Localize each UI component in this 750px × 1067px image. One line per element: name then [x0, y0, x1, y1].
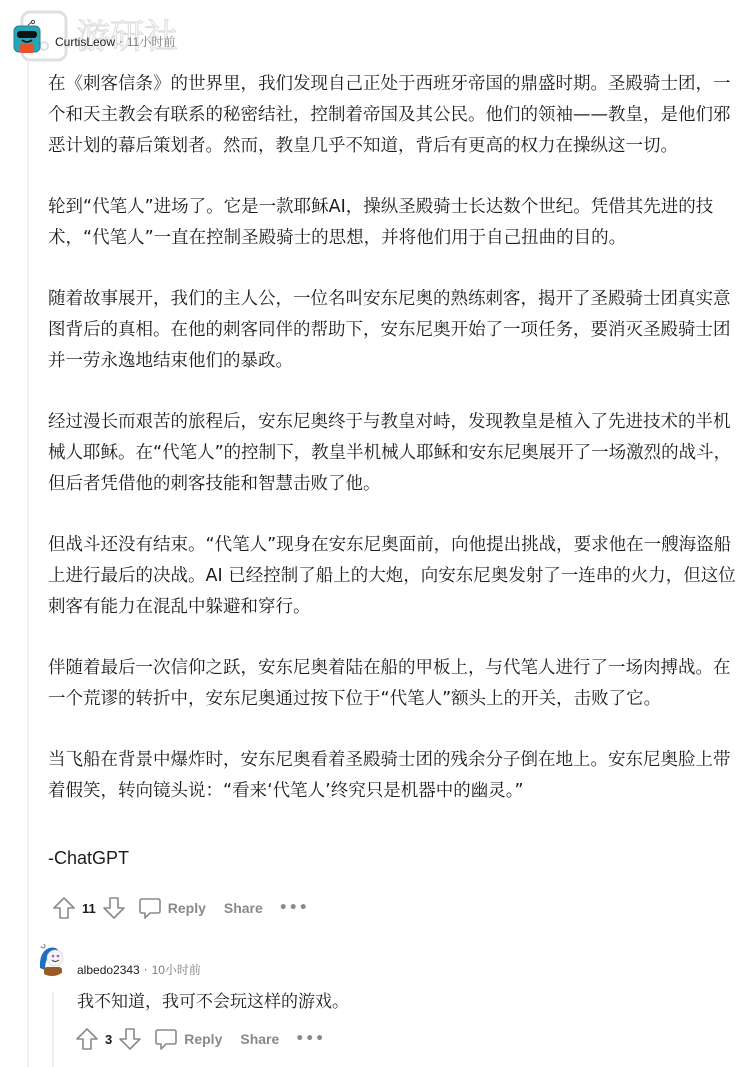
comment-paragraph: 伴随着最后一次信仰之跃，安东尼奥着陆在船的甲板上，与代笔人进行了一场肉搏战。在一… — [48, 653, 738, 715]
username-link[interactable]: albedo2343 — [77, 963, 140, 977]
reply-label: Reply — [168, 900, 206, 916]
comment-paragraph: 当飞船在背景中爆炸时，安东尼奥看着圣殿骑士团的残余分子倒在地上。安东尼奥脸上带着… — [48, 745, 738, 807]
reply-action-bar: 3 Reply Share ••• — [75, 1027, 325, 1051]
speech-bubble-icon — [138, 896, 162, 920]
comment-paragraph: 在《刺客信条》的世界里，我们发现自己正处于西班牙帝国的鼎盛时期。圣殿骑士团，一个… — [48, 69, 738, 162]
comment-signature: -ChatGPT — [48, 848, 129, 869]
comment-paragraph: 经过漫长而艰苦的旅程后，安东尼奥终于与教皇对峙，发现教皇是植入了先进技术的半机械… — [48, 407, 738, 500]
meta-separator: · — [144, 963, 148, 977]
thread-line-root[interactable] — [27, 60, 29, 1067]
reply-label: Reply — [184, 1031, 222, 1047]
robot-avatar-icon — [10, 20, 46, 56]
snoo-avatar-icon — [35, 942, 69, 976]
arrow-up-icon — [75, 1027, 99, 1051]
reply-button[interactable]: Reply — [154, 1027, 222, 1051]
downvote-button[interactable] — [118, 1027, 142, 1051]
timestamp[interactable]: 11小时前 — [127, 33, 175, 50]
comment-meta: CurtisLeow · 11小时前 — [55, 33, 175, 50]
comment-body: 在《刺客信条》的世界里，我们发现自己正处于西班牙帝国的鼎盛时期。圣殿骑士团，一个… — [48, 69, 738, 837]
timestamp[interactable]: 10小时前 — [152, 961, 201, 978]
arrow-up-icon — [52, 896, 76, 920]
downvote-button[interactable] — [102, 896, 126, 920]
meta-separator: · — [119, 35, 123, 49]
vote-count: 11 — [82, 901, 96, 916]
avatar-albedo2343[interactable] — [35, 942, 69, 976]
more-options-button[interactable]: ••• — [279, 900, 309, 916]
comment-paragraph: 轮到“代笔人”进场了。它是一款耶稣AI，操纵圣殿骑士长达数个世纪。凭借其先进的技… — [48, 192, 738, 254]
reply-button[interactable]: Reply — [138, 896, 206, 920]
reply-meta: albedo2343 · 10小时前 — [77, 961, 201, 978]
speech-bubble-icon — [154, 1027, 178, 1051]
upvote-button[interactable] — [75, 1027, 99, 1051]
username-link[interactable]: CurtisLeow — [55, 35, 115, 49]
more-options-button[interactable]: ••• — [295, 1031, 325, 1047]
comment-action-bar: 11 Reply Share ••• — [52, 896, 309, 920]
comment-paragraph: 但战斗还没有结束。“代笔人”现身在安东尼奥面前，向他提出挑战，要求他在一艘海盗船… — [48, 530, 738, 623]
reply-body: 我不知道，我可不会玩这样的游戏。 — [77, 989, 349, 1015]
vote-count: 3 — [105, 1032, 112, 1047]
share-button[interactable]: Share — [224, 900, 263, 916]
arrow-down-icon — [118, 1027, 142, 1051]
thread-line-reply[interactable] — [52, 992, 54, 1067]
arrow-down-icon — [102, 896, 126, 920]
comment-paragraph: 随着故事展开，我们的主人公，一位名叫安东尼奥的熟练刺客，揭开了圣殿骑士团真实意图… — [48, 284, 738, 377]
avatar-curtisleow[interactable] — [10, 20, 46, 56]
upvote-button[interactable] — [52, 896, 76, 920]
share-button[interactable]: Share — [240, 1031, 279, 1047]
